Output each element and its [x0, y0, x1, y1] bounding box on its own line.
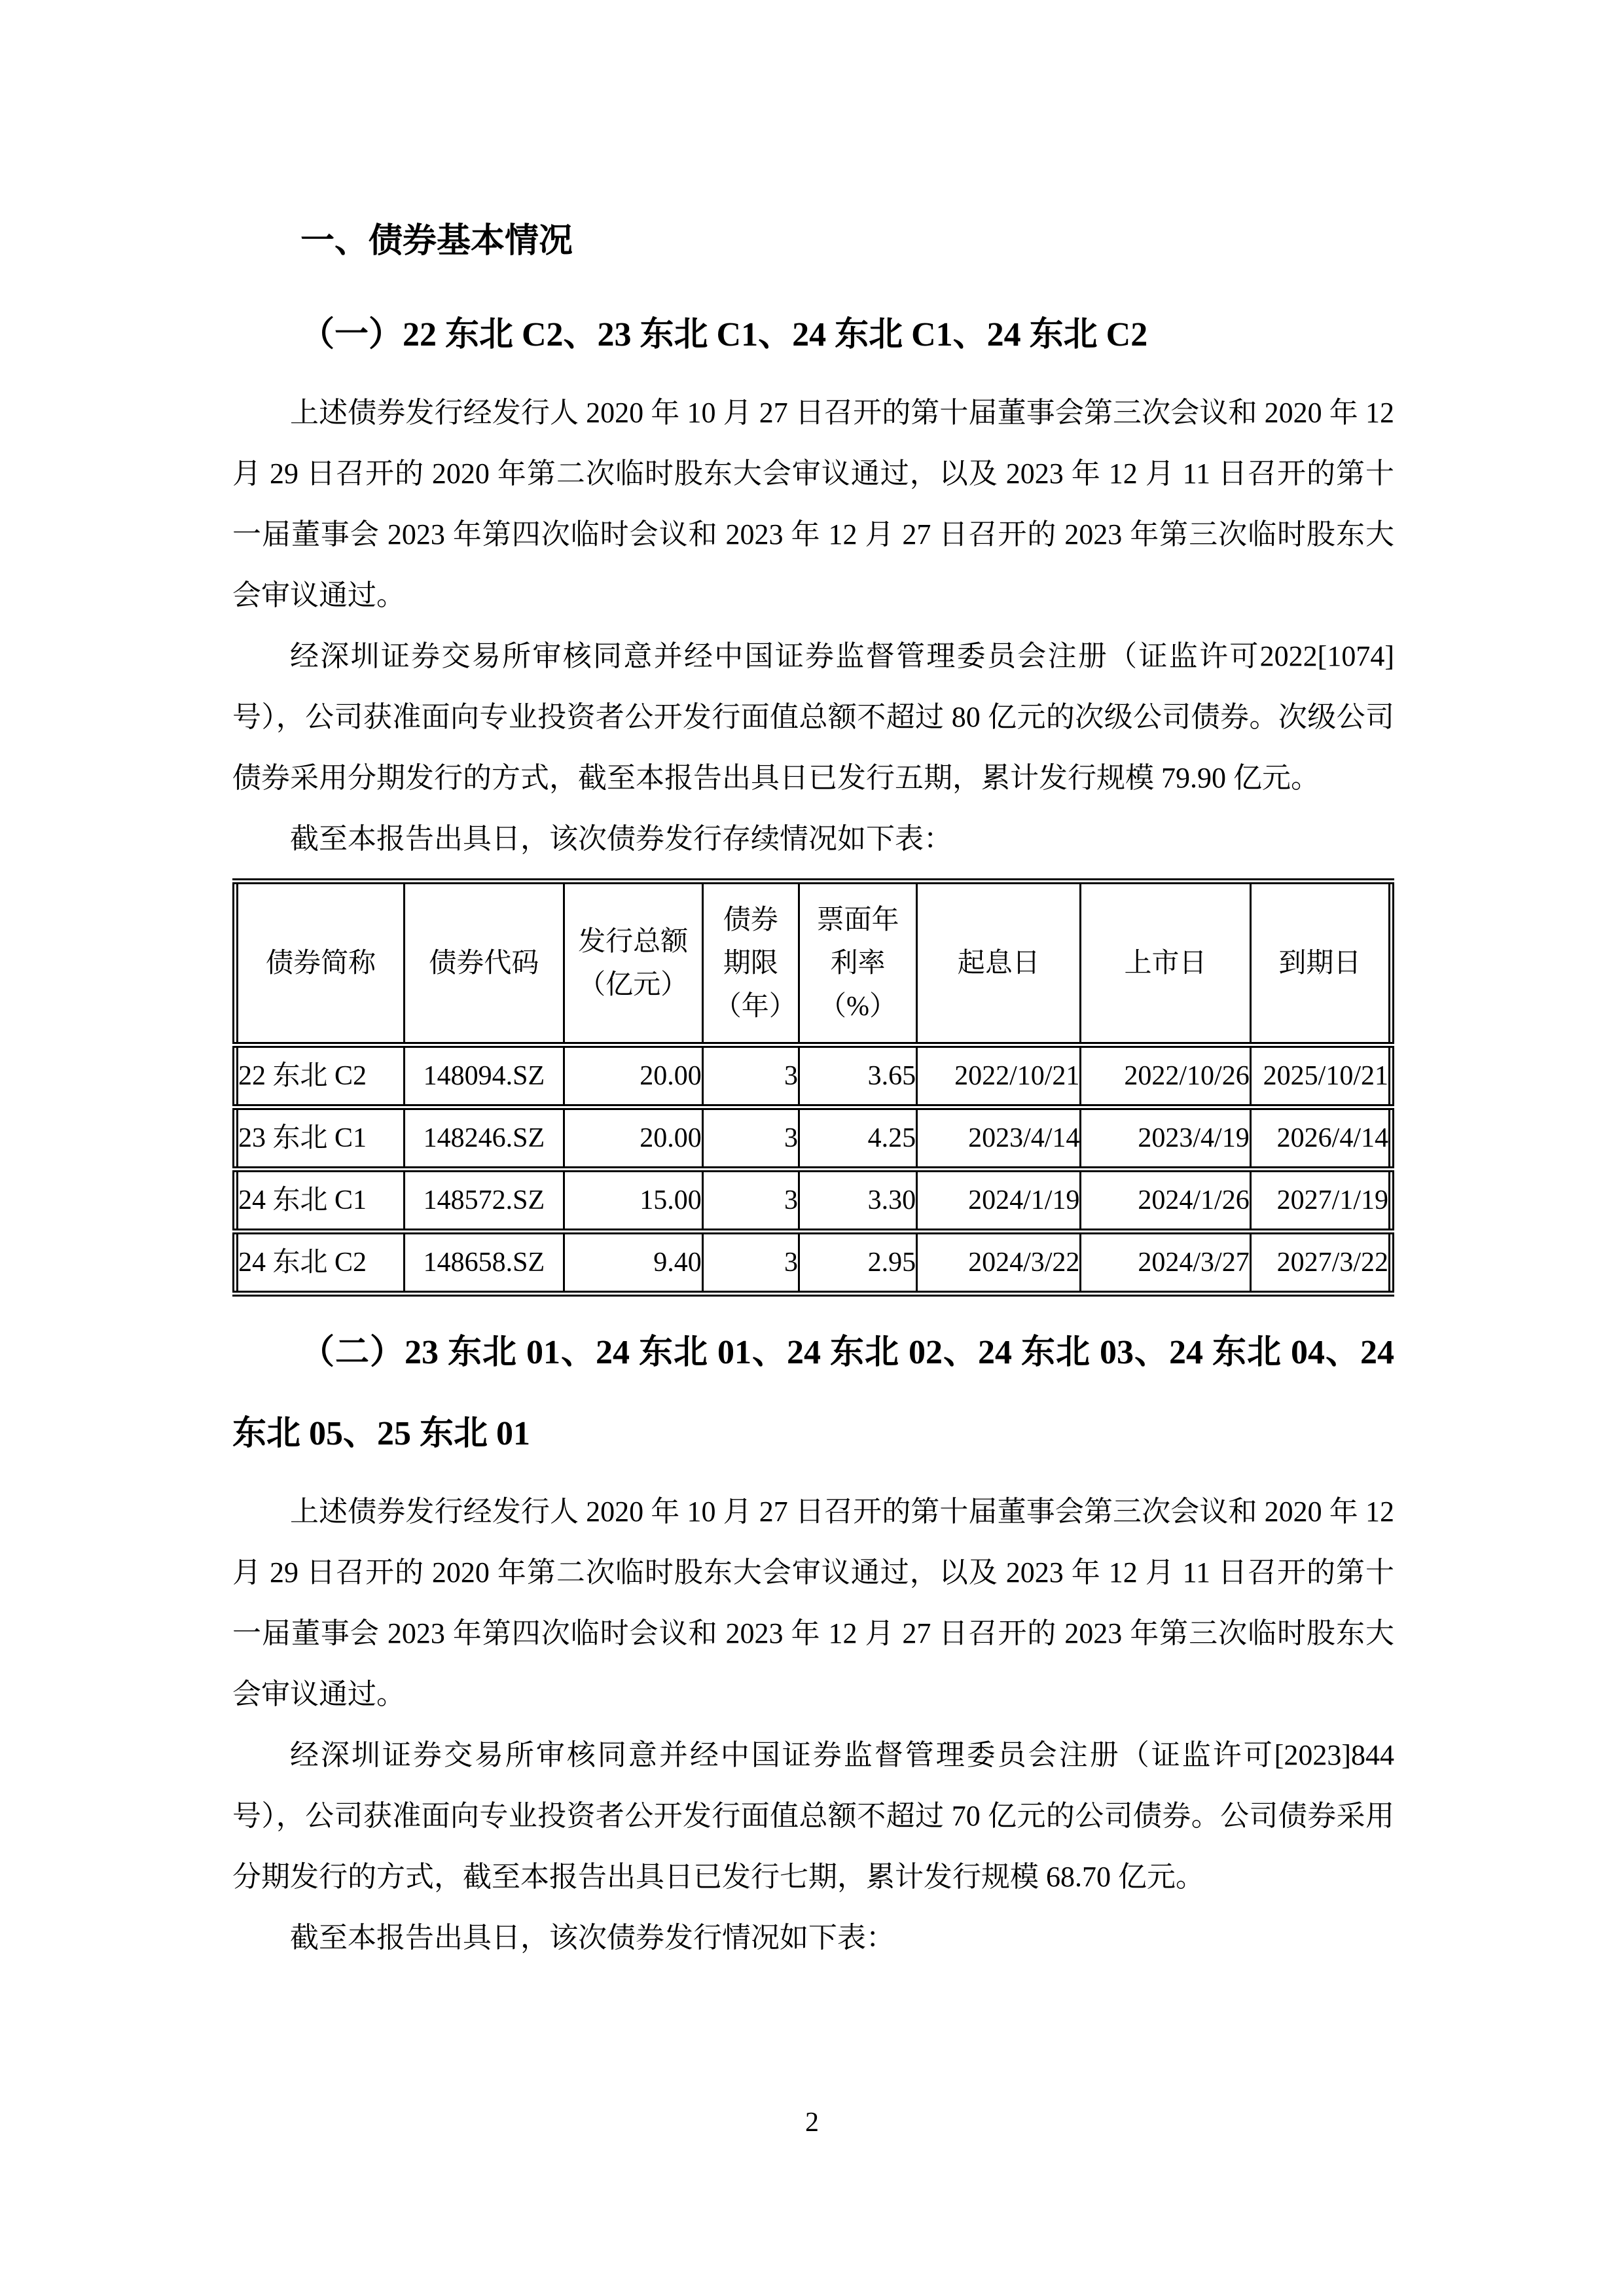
table-cell: 3 — [702, 1107, 799, 1170]
table-cell: 2026/4/14 — [1250, 1107, 1391, 1170]
table-header-cell: 债券期限（年） — [702, 882, 799, 1045]
section-heading: 一、债券基本情况 — [232, 221, 1394, 262]
table-cell: 148572.SZ — [405, 1170, 564, 1232]
table-header-row: 债券简称 债券代码 发行总额（亿元） 债券期限（年） 票面年利率（%） 起息日 … — [236, 882, 1392, 1045]
table-cell: 20.00 — [564, 1107, 702, 1170]
table-row: 23 东北 C1 148246.SZ 20.00 3 4.25 2023/4/1… — [236, 1107, 1392, 1170]
sub1-table-intro: 截至本报告出具日，该次债券发行存续情况如下表： — [232, 808, 1394, 869]
table-body: 22 东北 C2 148094.SZ 20.00 3 3.65 2022/10/… — [236, 1045, 1392, 1294]
sub1-approval-paragraph: 上述债券发行经发行人 2020 年 10 月 27 日召开的第十届董事会第三次会… — [232, 382, 1394, 626]
table-cell: 24 东北 C2 — [236, 1232, 405, 1294]
table-cell: 20.00 — [564, 1045, 702, 1107]
table-cell: 15.00 — [564, 1170, 702, 1232]
table-cell: 148094.SZ — [405, 1045, 564, 1107]
table-cell: 2023/4/19 — [1081, 1107, 1250, 1170]
table-cell: 2027/1/19 — [1250, 1170, 1391, 1232]
table-cell: 3 — [702, 1170, 799, 1232]
sub2-table-intro: 截至本报告出具日，该次债券发行情况如下表： — [232, 1907, 1394, 1968]
table-cell: 2023/4/14 — [917, 1107, 1081, 1170]
table-row: 24 东北 C2 148658.SZ 9.40 3 2.95 2024/3/22… — [236, 1232, 1392, 1294]
page-content: 一、债券基本情况 （一）22 东北 C2、23 东北 C1、24 东北 C1、2… — [232, 221, 1394, 1968]
table-cell: 2024/1/26 — [1081, 1170, 1250, 1232]
sub2-approval-paragraph: 上述债券发行经发行人 2020 年 10 月 27 日召开的第十届董事会第三次会… — [232, 1481, 1394, 1725]
table-cell: 3 — [702, 1232, 799, 1294]
table-row: 22 东北 C2 148094.SZ 20.00 3 3.65 2022/10/… — [236, 1045, 1392, 1107]
sub2-registration-paragraph: 经深圳证券交易所审核同意并经中国证券监督管理委员会注册（证监许可[2023]84… — [232, 1725, 1394, 1907]
table-header-cell: 票面年利率（%） — [799, 882, 916, 1045]
table-cell: 2.95 — [799, 1232, 916, 1294]
table-cell: 4.25 — [799, 1107, 916, 1170]
document-page: 一、债券基本情况 （一）22 东北 C2、23 东北 C1、24 东北 C1、2… — [0, 0, 1624, 2296]
table-row: 债券简称 债券代码 发行总额（亿元） 债券期限（年） 票面年利率（%） 起息日 … — [236, 882, 1392, 1045]
table-header-cell: 到期日 — [1250, 882, 1391, 1045]
table-cell: 2025/10/21 — [1250, 1045, 1391, 1107]
table-cell: 2024/1/19 — [917, 1170, 1081, 1232]
table-header-cell: 债券简称 — [236, 882, 405, 1045]
table-cell: 148658.SZ — [405, 1232, 564, 1294]
table-row: 24 东北 C1 148572.SZ 15.00 3 3.30 2024/1/1… — [236, 1170, 1392, 1232]
table-cell: 9.40 — [564, 1232, 702, 1294]
table-cell: 2027/3/22 — [1250, 1232, 1391, 1294]
table-header-cell: 债券代码 — [405, 882, 564, 1045]
sub1-registration-paragraph: 经深圳证券交易所审核同意并经中国证券监督管理委员会注册（证监许可2022[107… — [232, 626, 1394, 808]
table-cell: 148246.SZ — [405, 1107, 564, 1170]
table-cell: 2022/10/26 — [1081, 1045, 1250, 1107]
subsection-2-heading: （二）23 东北 01、24 东北 01、24 东北 02、24 东北 03、2… — [232, 1312, 1394, 1475]
bond-issuance-table: 债券简称 债券代码 发行总额（亿元） 债券期限（年） 票面年利率（%） 起息日 … — [232, 878, 1394, 1297]
table-cell: 3.30 — [799, 1170, 916, 1232]
table-header-cell: 上市日 — [1081, 882, 1250, 1045]
table-header-cell: 起息日 — [917, 882, 1081, 1045]
table-cell: 2022/10/21 — [917, 1045, 1081, 1107]
table-header-cell: 发行总额（亿元） — [564, 882, 702, 1045]
table-cell: 3 — [702, 1045, 799, 1107]
page-number: 2 — [0, 2106, 1624, 2139]
table-cell: 2024/3/22 — [917, 1232, 1081, 1294]
subsection-1-heading: （一）22 东北 C2、23 东北 C1、24 东北 C1、24 东北 C2 — [232, 295, 1394, 376]
table-cell: 2024/3/27 — [1081, 1232, 1250, 1294]
table-cell: 23 东北 C1 — [236, 1107, 405, 1170]
table-cell: 3.65 — [799, 1045, 916, 1107]
table-cell: 22 东北 C2 — [236, 1045, 405, 1107]
table-cell: 24 东北 C1 — [236, 1170, 405, 1232]
